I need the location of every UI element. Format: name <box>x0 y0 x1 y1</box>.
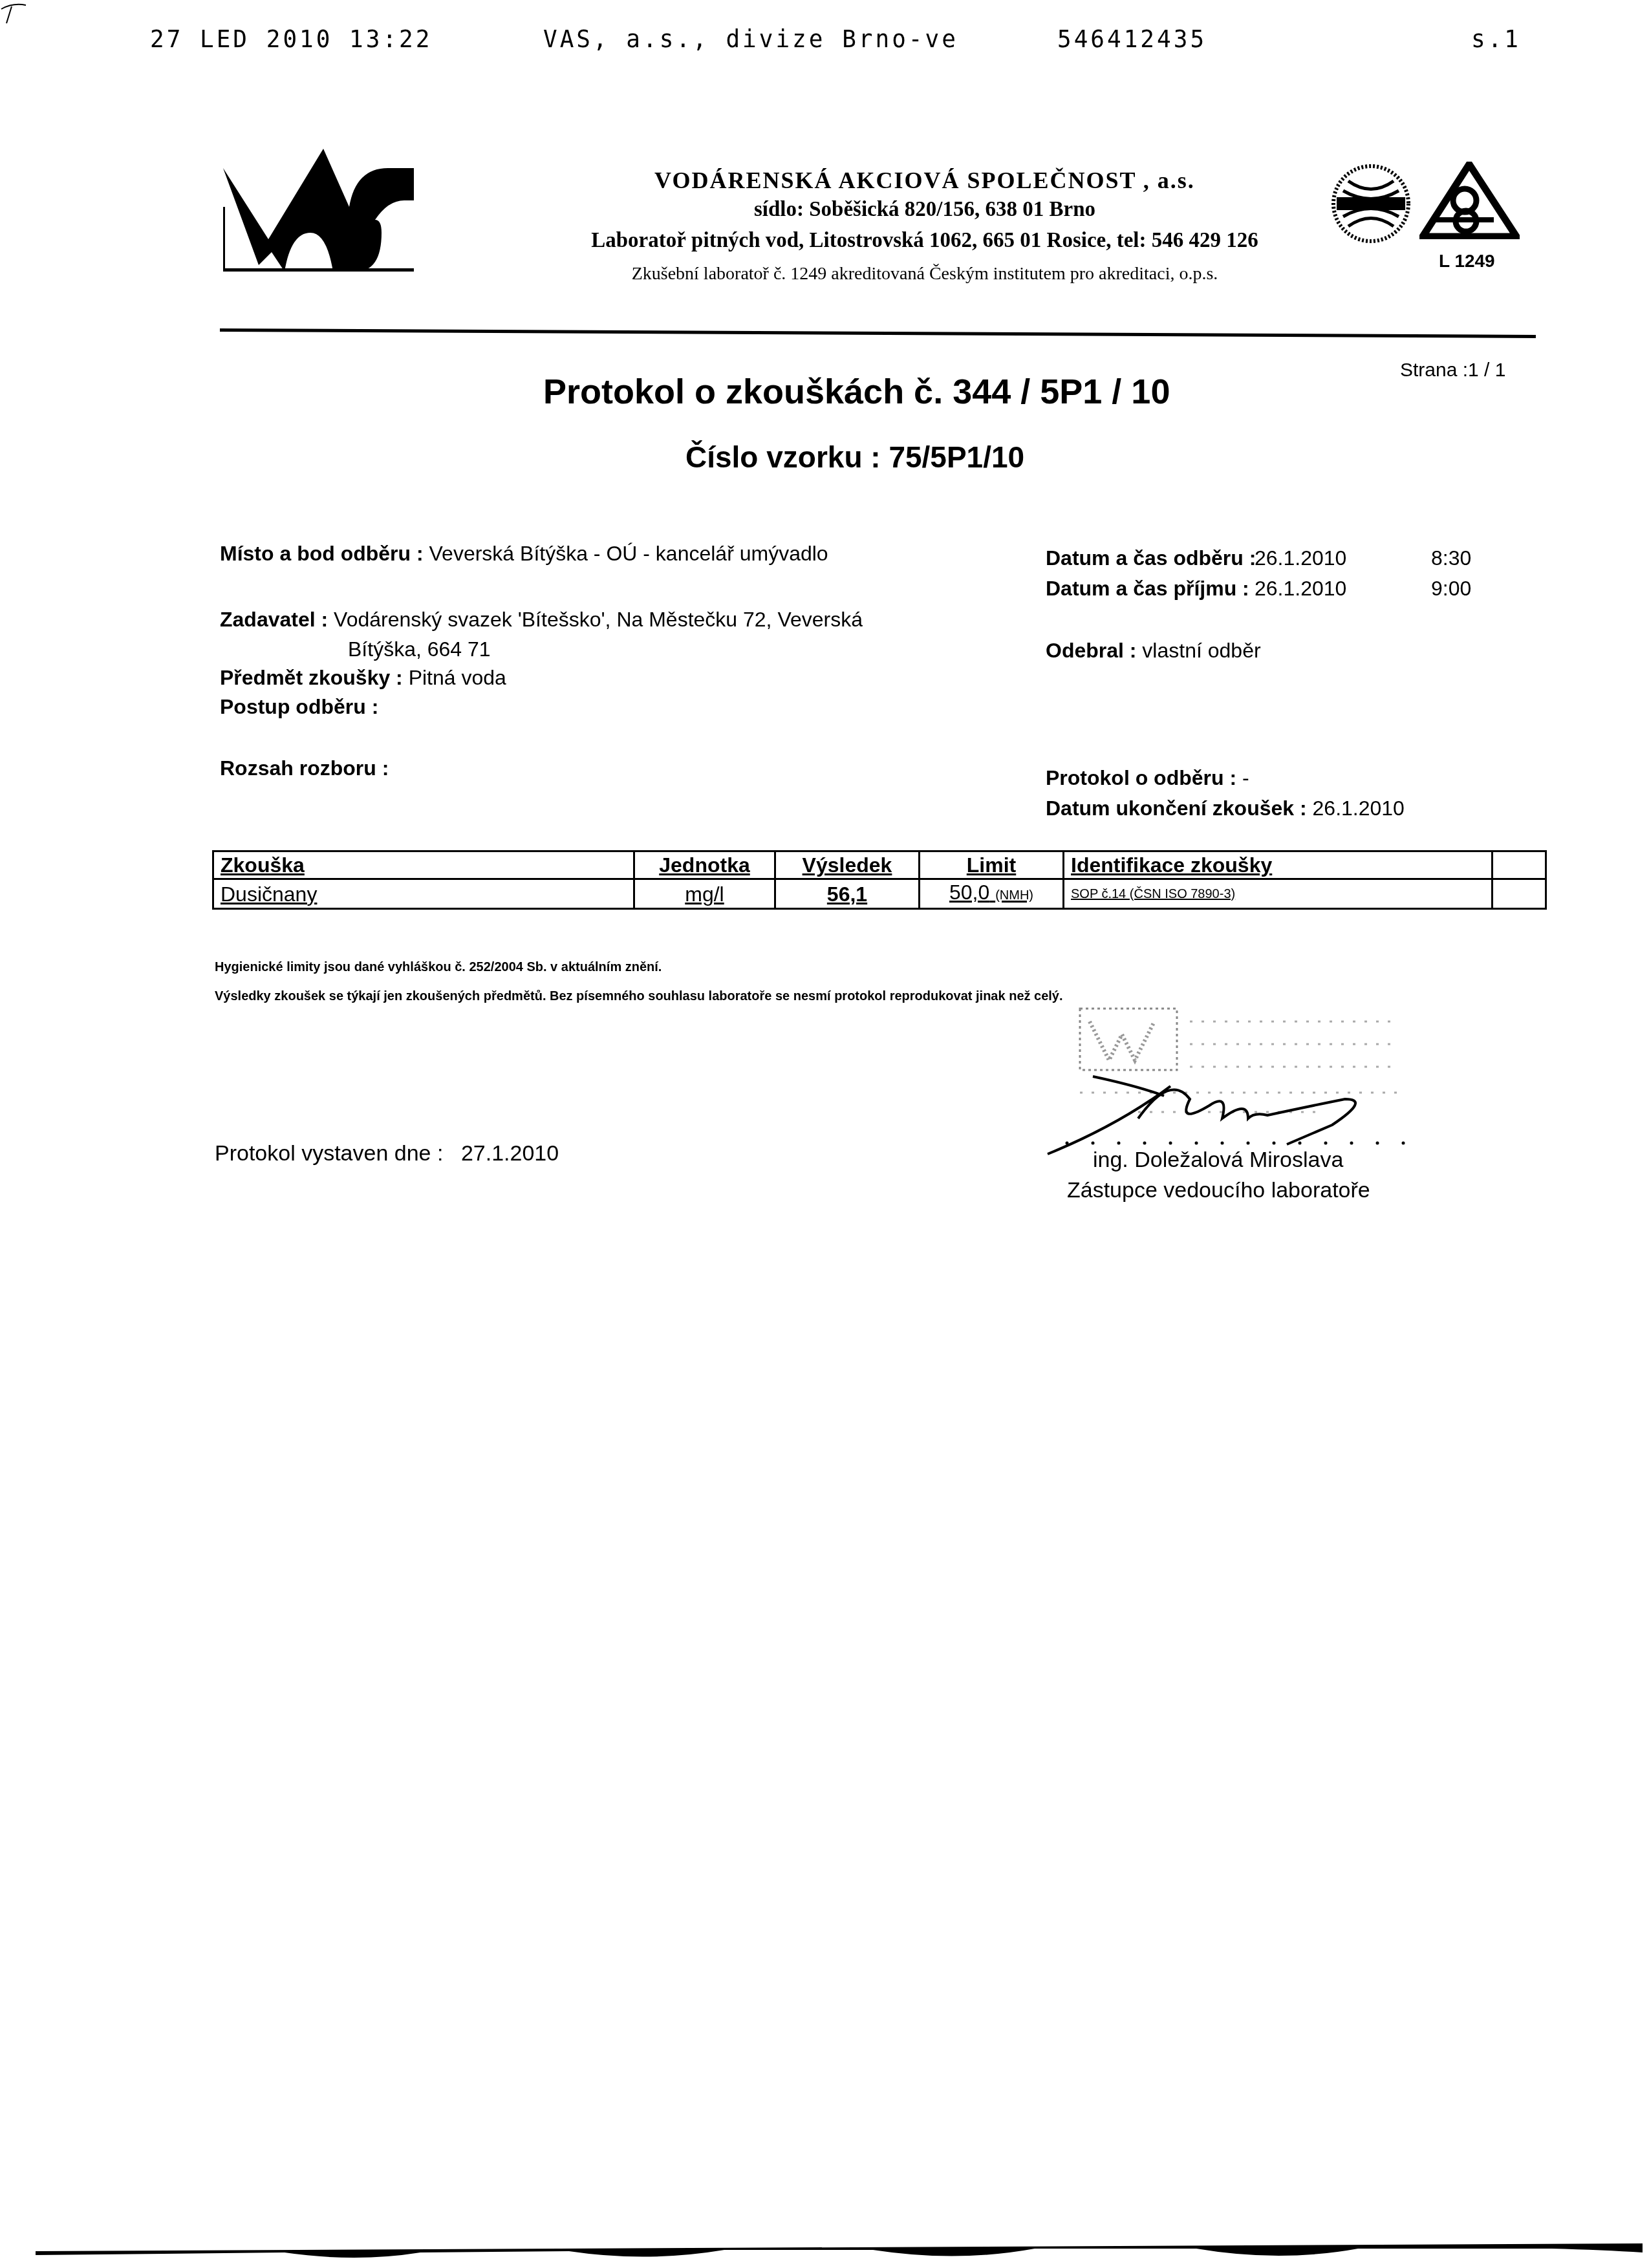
company-seat: sídlo: Soběšická 820/156, 638 01 Brno <box>504 198 1345 222</box>
table-row: Dusičnany mg/l 56,1 50,0 (NMH) SOP č.14 … <box>213 879 1546 909</box>
protocol-title: Protokol o zkouškách č. 344 / 5P1 / 10 <box>543 372 1170 412</box>
client-label: Zadavatel : <box>220 608 328 631</box>
tests-end-value: 26.1.2010 <box>1313 797 1405 820</box>
receipt-time: 9:00 <box>1431 577 1471 601</box>
signatory-name: ing. Doležalová Miroslava <box>1093 1148 1343 1173</box>
sample-number: Číslo vzorku : 75/5P1/10 <box>685 440 1024 475</box>
company-name: VODÁRENSKÁ AKCIOVÁ SPOLEČNOST , a.s. <box>504 167 1345 194</box>
fax-page: s.1 <box>1471 25 1521 53</box>
client-value-line2: Bítýška, 664 71 <box>348 637 491 661</box>
tests-end-label: Datum ukončení zkoušek : <box>1046 797 1307 820</box>
sampling-protocol-label: Protokol o odběru : <box>1046 766 1236 789</box>
sampling-protocol: Protokol o odběru : - <box>1046 766 1249 790</box>
sampling-protocol-value: - <box>1242 766 1249 789</box>
test-subject-label: Předmět zkoušky : <box>220 666 403 689</box>
receipt-datetime-label: Datum a čas příjmu : <box>1046 577 1249 601</box>
sampled-by-label: Odebral : <box>1046 639 1136 662</box>
sampling-datetime-label: Datum a čas odběru : <box>1046 546 1256 570</box>
cell-method: SOP č.14 (ČSN ISO 7890-3) <box>1064 879 1493 909</box>
col-method: Identifikace zkoušky <box>1064 851 1493 879</box>
col-result: Výsledek <box>775 851 920 879</box>
issued-on: Protokol vystaven dne : 27.1.2010 <box>215 1141 559 1166</box>
accreditation-code: L 1249 <box>1439 251 1495 272</box>
sampling-place: Místo a bod odběru : Veverská Bítýška - … <box>220 542 828 566</box>
certification-seal-icon <box>1329 162 1413 246</box>
cell-extra <box>1493 879 1546 909</box>
pen-mark-icon <box>0 0 39 26</box>
cell-limit: 50,0 (NMH) <box>920 879 1064 909</box>
sampling-time: 8:30 <box>1431 546 1471 570</box>
cell-result: 56,1 <box>775 879 920 909</box>
cell-test: Dusičnany <box>213 879 634 909</box>
limit-value: 50,0 <box>949 881 989 904</box>
col-unit: Jednotka <box>634 851 775 879</box>
header-divider <box>220 328 1536 338</box>
tests-end-date: Datum ukončení zkoušek : 26.1.2010 <box>1046 797 1405 820</box>
reproduction-note: Výsledky zkoušek se týkají jen zkoušenýc… <box>215 989 1063 1004</box>
client: Zadavatel : Vodárenský svazek 'Bítešsko'… <box>220 608 863 632</box>
fax-sender: VAS, a.s., divize Brno-ve <box>543 25 958 53</box>
limit-type: (NMH) <box>995 888 1033 903</box>
sampled-by-value: vlastní odběr <box>1142 639 1260 662</box>
receipt-date: 26.1.2010 <box>1255 577 1346 601</box>
signatory-role: Zástupce vedoucího laboratoře <box>1067 1178 1370 1203</box>
sampling-date: 26.1.2010 <box>1255 546 1346 570</box>
sampling-procedure-label: Postup odběru : <box>220 695 378 718</box>
sampled-by: Odebral : vlastní odběr <box>1046 639 1261 663</box>
issued-date: 27.1.2010 <box>461 1141 559 1166</box>
hygiene-limits-note: Hygienické limity jsou dané vyhláškou č.… <box>215 960 662 975</box>
analysis-scope: Rozsah rozboru : <box>220 756 389 780</box>
sampling-place-label: Místo a bod odběru : <box>220 542 424 565</box>
issued-label: Protokol vystaven dne : <box>215 1141 443 1166</box>
analysis-scope-label: Rozsah rozboru : <box>220 756 389 780</box>
accreditation-text: Zkušební laboratoř č. 1249 akreditovaná … <box>504 264 1345 284</box>
test-subject-value: Pitná voda <box>409 666 506 689</box>
results-table: Zkouška Jednotka Výsledek Limit Identifi… <box>212 850 1547 910</box>
fax-phone: 546412435 <box>1057 25 1207 53</box>
cai-accreditation-icon <box>1419 162 1520 239</box>
col-limit: Limit <box>920 851 1064 879</box>
client-value-line1: Vodárenský svazek 'Bítešsko', Na Městečk… <box>334 608 863 631</box>
cell-unit: mg/l <box>634 879 775 909</box>
sampling-place-value: Veverská Bítýška - OÚ - kancelář umývadl… <box>429 542 828 565</box>
col-extra <box>1493 851 1546 879</box>
lab-address: Laboratoř pitných vod, Litostrovská 1062… <box>504 229 1345 253</box>
scan-edge-artifact <box>0 2243 1649 2268</box>
sampling-procedure: Postup odběru : <box>220 695 378 719</box>
col-test: Zkouška <box>213 851 634 879</box>
table-header-row: Zkouška Jednotka Výsledek Limit Identifi… <box>213 851 1546 879</box>
test-subject: Předmět zkoušky : Pitná voda <box>220 666 506 690</box>
vas-logo-icon <box>220 149 427 278</box>
page-indicator: Strana :1 / 1 <box>1400 359 1505 381</box>
fax-datetime: 27 LED 2010 13:22 <box>150 25 432 53</box>
